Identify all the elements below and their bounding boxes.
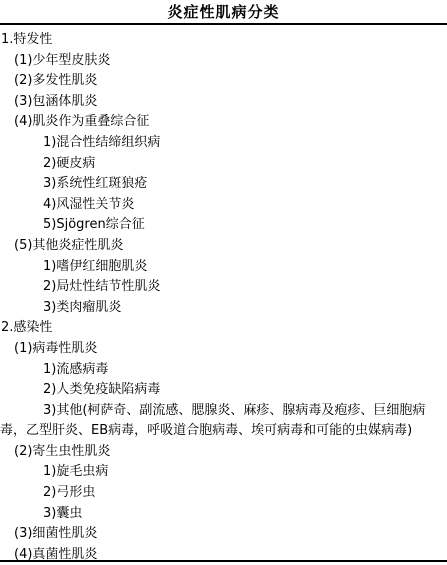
list-item: (5)其他炎症性肌炎 [0, 236, 447, 257]
list-item: 2)弓形虫 [0, 483, 447, 504]
list-item: 5)Sjögren综合征 [0, 215, 447, 236]
list-item: 4)风湿性关节炎 [0, 195, 447, 216]
bottom-rule [0, 560, 447, 562]
list-item: 3)类肉瘤肌炎 [0, 298, 447, 319]
list-item: 3)其他(柯萨奇、副流感、腮腺炎、麻疹、腺病毒及疱疹、巨细胞病毒，乙型肝炎、EB… [0, 401, 447, 442]
classification-list: 1.特发性(1)少年型皮肤炎(2)多发性肌炎(3)包涵体肌炎(4)肌炎作为重叠综… [0, 25, 447, 565]
list-item: 1)旋毛虫病 [0, 462, 447, 483]
list-item: 1)嗜伊红细胞肌炎 [0, 257, 447, 278]
list-item: 3)系统性红斑狼疮 [0, 174, 447, 195]
list-item: 2.感染性 [0, 318, 447, 339]
page-title: 炎症性肌病分类 [0, 0, 447, 22]
list-item: 2)硬皮病 [0, 154, 447, 175]
document: 炎症性肌病分类 1.特发性(1)少年型皮肤炎(2)多发性肌炎(3)包涵体肌炎(4… [0, 0, 447, 565]
list-item: 1.特发性 [0, 30, 447, 51]
list-item: (1)少年型皮肤炎 [0, 51, 447, 72]
list-item: 1)流感病毒 [0, 360, 447, 381]
list-item: (3)细菌性肌炎 [0, 524, 447, 545]
list-item: (1)病毒性肌炎 [0, 339, 447, 360]
list-item: 2)人类免疫缺陷病毒 [0, 380, 447, 401]
list-item: (2)多发性肌炎 [0, 71, 447, 92]
list-item: (2)寄生虫性肌炎 [0, 442, 447, 463]
list-item: (3)包涵体肌炎 [0, 92, 447, 113]
list-item: 3)囊虫 [0, 504, 447, 525]
list-item: 1)混合性结缔组织病 [0, 133, 447, 154]
list-item: 2)局灶性结节性肌炎 [0, 277, 447, 298]
list-item: (4)肌炎作为重叠综合征 [0, 112, 447, 133]
